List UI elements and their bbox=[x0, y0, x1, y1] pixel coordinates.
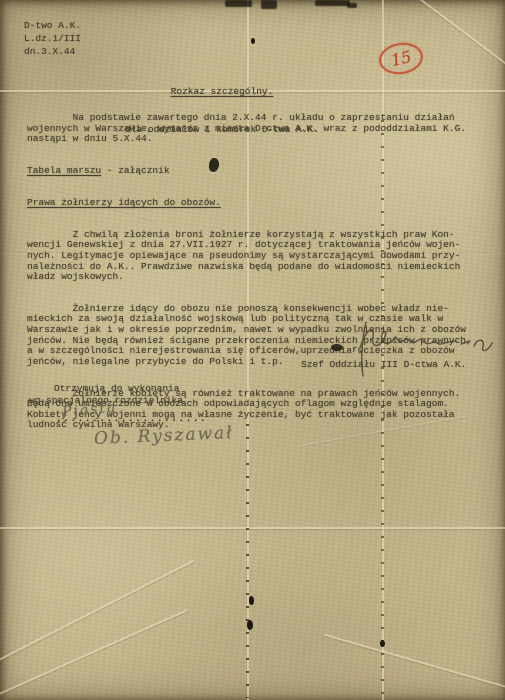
signature-title: Szef Oddziału III D-ctwa A.K. bbox=[301, 360, 466, 371]
fold-horizontal-3 bbox=[0, 527, 505, 529]
crease-diag-bottomleft-1 bbox=[0, 560, 194, 666]
speck-blob-1 bbox=[249, 596, 254, 605]
tape-stain-3 bbox=[315, 0, 350, 6]
speck-blob-3 bbox=[380, 640, 385, 647]
footer-distribution-line1: Otrzymują do wykonania bbox=[54, 384, 179, 395]
crease-diag-bottomleft-2 bbox=[0, 609, 187, 696]
section-heading: Prawa żołnierzy idących do obozów. bbox=[27, 198, 495, 209]
attachment-label: Tabela marszu bbox=[27, 165, 101, 176]
fold-specks-center bbox=[246, 424, 249, 698]
document-page: D-two A.K. L.dz.1/III dn.3.X.44 15 Rozka… bbox=[0, 0, 505, 700]
attachment-line: Tabela marszu - załącznik bbox=[27, 166, 495, 177]
crease-diag-bottomright-1 bbox=[324, 634, 505, 696]
paragraph-marching-order: Na podstawie zawartego dnia 2.X.44 r. uk… bbox=[27, 113, 495, 145]
speck-blob-2 bbox=[247, 620, 253, 630]
handwritten-signature bbox=[350, 318, 502, 380]
reference-block: D-two A.K. L.dz.1/III dn.3.X.44 bbox=[24, 19, 81, 58]
tape-stain-1 bbox=[225, 0, 252, 7]
tape-stain-4 bbox=[347, 3, 357, 8]
tape-stain-2 bbox=[261, 0, 277, 9]
speck-blob-4 bbox=[251, 38, 255, 44]
attachment-rest: - załącznik bbox=[101, 165, 169, 176]
paragraph-geneva-convention: Z chwilą złożenia broni żołnierze korzys… bbox=[27, 230, 495, 283]
